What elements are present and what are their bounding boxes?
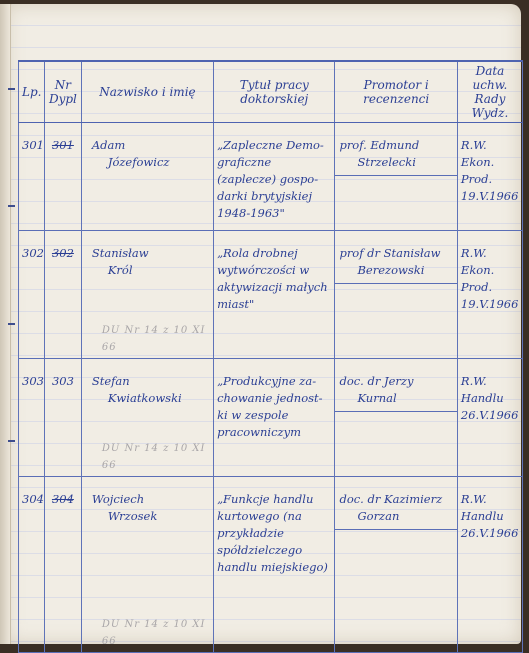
title-line: graficzne (zaplecze) gospo- bbox=[217, 154, 331, 188]
promotor-surname: Gorzan bbox=[339, 508, 452, 525]
title-line: 1948-1963" bbox=[217, 205, 331, 222]
pencil-note: DU Nr 14 z 10 XI 66 bbox=[102, 322, 213, 356]
title-line: darki brytyjskiej bbox=[217, 188, 331, 205]
date-line: 19.V.1966 bbox=[461, 188, 519, 205]
table-row: 301 301 Adam Józefowicz „Zapleczne Demo-… bbox=[19, 123, 523, 231]
date-line: R.W. bbox=[461, 491, 519, 508]
table-row: 304 304 Wojciech Wrzosek DU Nr 14 z 10 X… bbox=[19, 477, 523, 651]
promotor-cell: prof. Edmund Strzelecki bbox=[335, 123, 457, 231]
title-cell: „Rola drobnej wytwórczości w aktywizacji… bbox=[214, 231, 335, 359]
header-row: Lp. Nr Dypl Nazwisko i imię Tytuł pracy … bbox=[19, 61, 523, 123]
title-line: aktywizacji małych bbox=[217, 279, 331, 296]
col-header-title: Tytuł pracy doktorskiej bbox=[214, 61, 335, 123]
last-name: Wrzosek bbox=[92, 508, 210, 525]
margin-tick bbox=[8, 323, 15, 325]
lp-cell: 302 bbox=[19, 231, 45, 359]
col-header-date: Data uchw. Rady Wydz. bbox=[457, 61, 522, 123]
first-name: Wojciech bbox=[92, 491, 210, 508]
title-cell: „Zapleczne Demo- graficzne (zaplecze) go… bbox=[214, 123, 335, 231]
date-cell: R.W. Handlu 26.V.1966 bbox=[457, 477, 522, 651]
nr-value: 303 bbox=[52, 374, 74, 388]
promotor-cell: prof dr Stanisław Berezowski bbox=[335, 231, 457, 359]
table-row: 302 302 Stanisław Król DU Nr 14 z 10 XI … bbox=[19, 231, 523, 359]
name-cell: Wojciech Wrzosek DU Nr 14 z 10 XI 66 bbox=[81, 477, 213, 651]
promotor-name: doc. dr Jerzy bbox=[339, 373, 452, 390]
promotor-surname: Berezowski bbox=[339, 262, 452, 279]
col-header-name: Nazwisko i imię bbox=[81, 61, 213, 123]
title-line: spółdzielczego bbox=[217, 542, 331, 559]
date-line: Handlu bbox=[461, 508, 519, 525]
nr-value: 302 bbox=[52, 246, 74, 260]
col-header-nr: Nr Dypl bbox=[45, 61, 82, 123]
last-name: Kwiatkowski bbox=[92, 390, 210, 407]
promotor-cell: doc. dr Kazimierz Gorzan bbox=[335, 477, 457, 651]
promotor-surname: Strzelecki bbox=[339, 154, 452, 171]
nr-value: 301 bbox=[52, 138, 74, 152]
promotor-cell: doc. dr Jerzy Kurnal bbox=[335, 359, 457, 477]
title-line: przykładzie bbox=[217, 525, 331, 542]
date-line: Ekon. Prod. bbox=[461, 262, 519, 296]
table-row: 303 303 Stefan Kwiatkowski DU Nr 14 z 10… bbox=[19, 359, 523, 477]
date-line: R.W. bbox=[461, 137, 519, 154]
name-cell: Stanisław Król DU Nr 14 z 10 XI 66 bbox=[81, 231, 213, 359]
doctoral-register-table: Lp. Nr Dypl Nazwisko i imię Tytuł pracy … bbox=[18, 60, 523, 650]
pencil-note: DU Nr 14 z 10 XI 66 bbox=[102, 440, 213, 474]
title-line: „Funkcje handlu bbox=[217, 491, 331, 508]
last-name: Józefowicz bbox=[92, 154, 210, 171]
title-cell: „Funkcje handlu kurtowego (na przykładzi… bbox=[214, 477, 335, 651]
date-line: 19.V.1966 bbox=[461, 296, 519, 313]
date-line: 26.V.1966 bbox=[461, 407, 519, 424]
date-line: Handlu bbox=[461, 390, 519, 407]
title-line: handlu miejskiego) bbox=[217, 559, 331, 576]
date-line: R.W. bbox=[461, 373, 519, 390]
date-cell: R.W. Handlu 26.V.1966 bbox=[457, 359, 522, 477]
title-line: „Produkcyjne za- bbox=[217, 373, 331, 390]
date-line: Ekon. Prod. bbox=[461, 154, 519, 188]
title-line: miast" bbox=[217, 296, 331, 313]
date-line: 26.V.1966 bbox=[461, 525, 519, 542]
col-header-promotor: Promotor i recenzenci bbox=[335, 61, 457, 123]
name-cell: Stefan Kwiatkowski DU Nr 14 z 10 XI 66 bbox=[81, 359, 213, 477]
date-line: R.W. bbox=[461, 245, 519, 262]
title-line: „Rola drobnej bbox=[217, 245, 331, 262]
margin-tick bbox=[8, 440, 15, 442]
lp-cell: 301 bbox=[19, 123, 45, 231]
nr-cell: 304 bbox=[45, 477, 82, 651]
lp-cell: 304 bbox=[19, 477, 45, 651]
name-cell: Adam Józefowicz bbox=[81, 123, 213, 231]
promotor-name: doc. dr Kazimierz bbox=[339, 491, 452, 508]
promotor-name: prof. Edmund bbox=[339, 137, 452, 154]
nr-cell: 302 bbox=[45, 231, 82, 359]
nr-cell: 303 bbox=[45, 359, 82, 477]
lp-cell: 303 bbox=[19, 359, 45, 477]
title-line: „Zapleczne Demo- bbox=[217, 137, 331, 154]
margin-tick bbox=[8, 88, 15, 90]
date-cell: R.W. Ekon. Prod. 19.V.1966 bbox=[457, 231, 522, 359]
last-name: Król bbox=[92, 262, 210, 279]
title-line: chowanie jednost- bbox=[217, 390, 331, 407]
title-cell: „Produkcyjne za- chowanie jednost- ki w … bbox=[214, 359, 335, 477]
first-name: Stefan bbox=[92, 373, 210, 390]
col-header-lp: Lp. bbox=[19, 61, 45, 123]
title-line: kurtowego (na bbox=[217, 508, 331, 525]
date-cell: R.W. Ekon. Prod. 19.V.1966 bbox=[457, 123, 522, 231]
pencil-note: DU Nr 14 z 10 XI 66 bbox=[102, 616, 213, 650]
first-name: Adam bbox=[92, 137, 210, 154]
title-line: ki w zespole bbox=[217, 407, 331, 424]
title-line: pracowniczym bbox=[217, 424, 331, 441]
promotor-name: prof dr Stanisław bbox=[339, 245, 452, 262]
first-name: Stanisław bbox=[92, 245, 210, 262]
promotor-surname: Kurnal bbox=[339, 390, 452, 407]
nr-cell: 301 bbox=[45, 123, 82, 231]
nr-value: 304 bbox=[52, 492, 74, 506]
title-line: wytwórczości w bbox=[217, 262, 331, 279]
margin-tick bbox=[8, 205, 15, 207]
